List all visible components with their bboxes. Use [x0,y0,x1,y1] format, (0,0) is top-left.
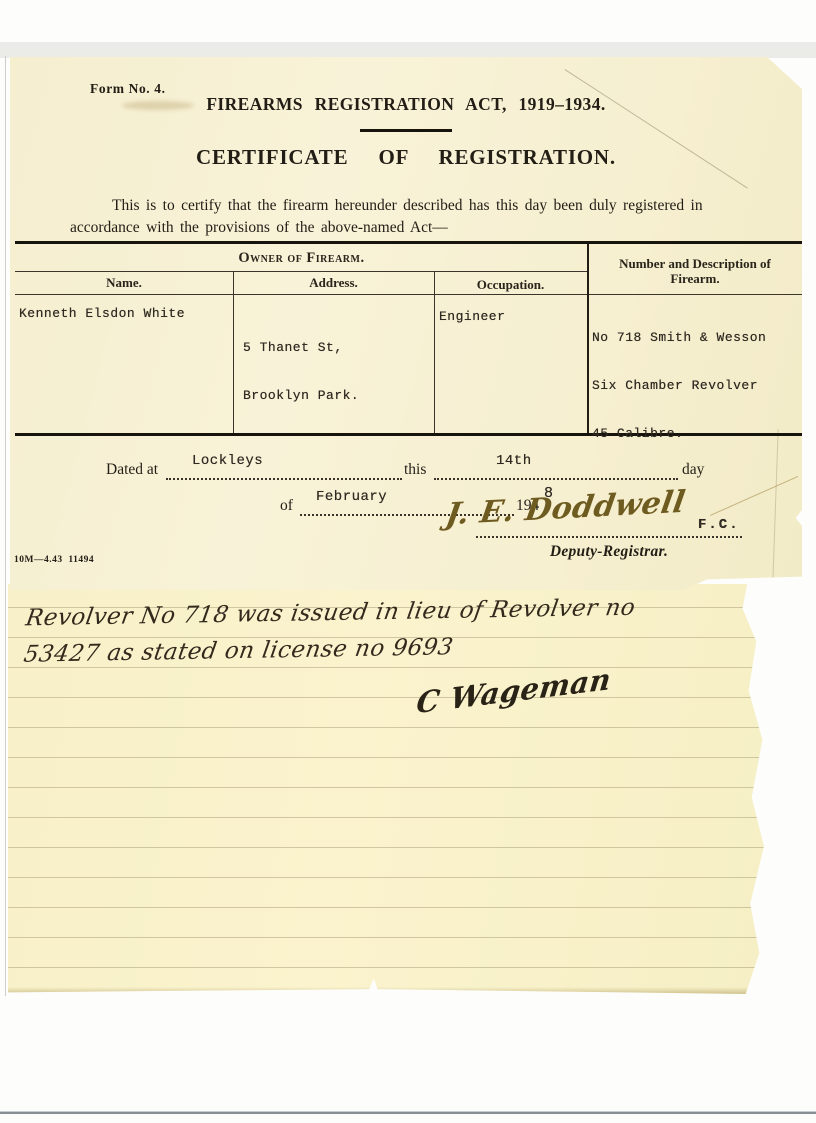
printers-code: 10M—4.43 11494 [14,555,94,565]
address-occupation-divider [434,271,435,433]
act-title: FIREARMS REGISTRATION ACT, 1919–1934. [10,94,802,115]
name-column-header: Name. [15,275,233,291]
firearm-header-line-1: Number and Description of [591,256,799,271]
firearm-description-value: No 718 Smith & Wesson Six Chamber Revolv… [592,298,766,474]
day-dotted-line [434,461,678,480]
registration-table: Owner of Firearm. Number and Description… [15,241,802,436]
firearm-header-line-2: Firearm. [591,271,799,286]
firearm-description-line-3: 45 Calibre. [592,426,766,442]
owner-occupation-value: Engineer [439,309,505,324]
name-address-divider [233,271,234,433]
owner-address-value: 5 Thanet St, Brooklyn Park. [243,308,359,436]
day-value: 14th [496,453,532,469]
month-value: February [316,489,387,505]
firearm-description-line-2: Six Chamber Revolver [592,378,766,394]
of-label: of [280,497,293,515]
handwritten-note-line-2: 53427 as stated on license no 9693 [22,634,455,668]
signature-dotted-line [476,519,742,538]
firearm-description-line-1: No 718 Smith & Wesson [592,330,766,346]
note-paper-torn-bottom-edge [8,987,770,994]
paper-crease-top-right [564,69,747,189]
address-column-header: Address. [233,275,434,291]
certification-paragraph: This is to certify that the firearm here… [70,195,760,239]
owner-header-underline [15,271,588,272]
this-label: this [404,461,426,479]
deputy-registrar-label: Deputy-Registrar. [476,543,742,561]
occupation-column-header: Occupation. [434,277,587,293]
scanner-bottom-edge-line [0,1108,816,1116]
certificate-paper: Form No. 4. FIREARMS REGISTRATION ACT, 1… [10,57,802,590]
firearm-column-header: Number and Description of Firearm. [591,256,799,286]
owner-address-line-1: 5 Thanet St, [243,340,359,356]
owner-firearm-divider [587,244,589,433]
owner-address-line-2: Brooklyn Park. [243,388,359,404]
paper-crease-right-diagonal [710,476,798,516]
subheader-underline [15,294,802,295]
paper-crease-right-vertical [770,429,778,639]
owner-name-value: Kenneth Elsdon White [19,306,185,321]
scanner-background-band [0,42,816,58]
handwritten-signature: C Wageman [415,662,614,721]
handwritten-note-line-1: Revolver No 718 was issued in lieu of Re… [24,595,637,632]
place-value: Lockleys [192,453,263,469]
day-label: day [682,461,704,479]
owner-group-header: Owner of Firearm. [15,250,588,267]
paper-left-edge-shadow [5,56,6,996]
title-divider-rule [360,129,452,132]
certificate-title: CERTIFICATE OF REGISTRATION. [10,145,802,170]
dated-at-label: Dated at [106,461,158,479]
lined-note-paper: Revolver No 718 was issued in lieu of Re… [8,584,770,994]
